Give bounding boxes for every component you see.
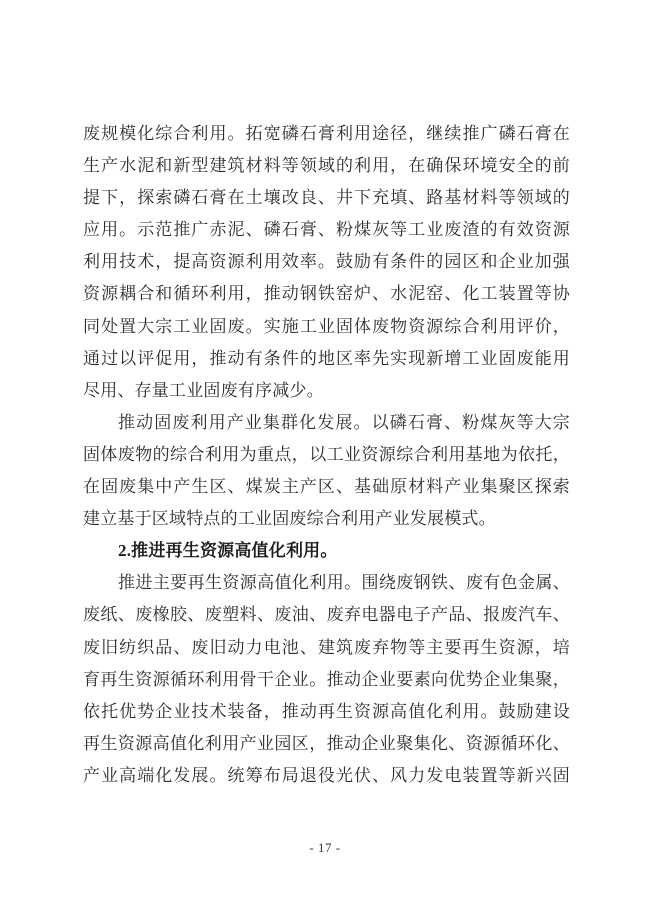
- text-line: 再生资源高值化利用产业园区，推动企业聚集化、资源循环化、: [83, 728, 570, 760]
- text-line: 产业高端化发展。统筹布局退役光伏、风力发电装置等新兴固: [83, 760, 570, 792]
- text-line: 废旧纺织品、废旧动力电池、建筑废弃物等主要再生资源，培: [83, 632, 570, 664]
- text-line: 依托优势企业技术装备，推动再生资源高值化利用。鼓励建设: [83, 696, 570, 728]
- document-page: 废规模化综合利用。拓宽磷石膏利用途径，继续推广磷石膏在 生产水泥和新型建筑材料等…: [0, 0, 650, 919]
- page-number: - 17 -: [0, 840, 650, 856]
- text-line: 生产水泥和新型建筑材料等领域的利用，在确保环境安全的前: [83, 150, 570, 182]
- text-line: 推进主要再生资源高值化利用。围绕废钢铁、废有色金属、: [83, 567, 570, 599]
- text-line: 推动固废利用产业集群化发展。以磷石膏、粉煤灰等大宗: [83, 407, 570, 439]
- text-line: 资源耦合和循环利用，推动钢铁窑炉、水泥窑、化工装置等协: [83, 278, 570, 310]
- text-line: 废规模化综合利用。拓宽磷石膏利用途径，继续推广磷石膏在: [83, 118, 570, 150]
- text-line: 在固废集中产生区、煤炭主产区、基础原材料产业集聚区探索: [83, 471, 570, 503]
- section-heading: 2.推进再生资源高值化利用。: [83, 535, 570, 567]
- text-block: 废规模化综合利用。拓宽磷石膏利用途径，继续推广磷石膏在 生产水泥和新型建筑材料等…: [83, 118, 570, 792]
- text-line: 废纸、废橡胶、废塑料、废油、废弃电器电子产品、报废汽车、: [83, 599, 570, 631]
- text-line: 尽用、存量工业固废有序减少。: [83, 375, 570, 407]
- text-line: 提下，探索磷石膏在土壤改良、井下充填、路基材料等领域的: [83, 182, 570, 214]
- text-line: 建立基于区域特点的工业固废综合利用产业发展模式。: [83, 503, 570, 535]
- text-line: 育再生资源循环利用骨干企业。推动企业要素向优势企业集聚，: [83, 664, 570, 696]
- text-line: 固体废物的综合利用为重点，以工业资源综合利用基地为依托，: [83, 439, 570, 471]
- text-line: 同处置大宗工业固废。实施工业固体废物资源综合利用评价，: [83, 311, 570, 343]
- text-line: 通过以评促用，推动有条件的地区率先实现新增工业固废能用: [83, 343, 570, 375]
- text-line: 应用。示范推广赤泥、磷石膏、粉煤灰等工业废渣的有效资源: [83, 214, 570, 246]
- text-line: 利用技术，提高资源利用效率。鼓励有条件的园区和企业加强: [83, 246, 570, 278]
